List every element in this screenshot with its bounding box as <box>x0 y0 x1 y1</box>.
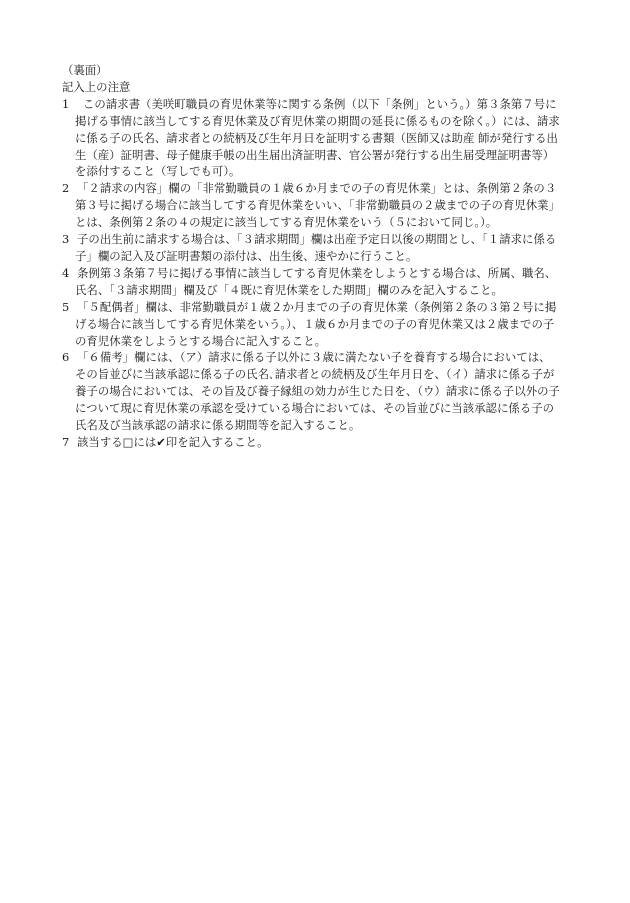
note-line: に係る子の氏名、請求者との続柄及び生年月日を証明する書類（医師又は助産 師が発行… <box>75 130 582 147</box>
note-number: 3 <box>62 231 74 248</box>
note-line: の育児休業をしようとする場合に記入すること。 <box>75 333 582 350</box>
note-item-1: 1 この請求書（美咲町職員の育児休業等に関する条例（以下「条例」という。）第３条… <box>62 96 582 181</box>
note-item-7: 7 該当する□には✔印を記入すること。 <box>62 434 582 451</box>
reverse-side-label: （裏面） <box>62 62 582 79</box>
note-number: 6 <box>62 349 74 366</box>
note-number: 2 <box>62 180 74 197</box>
note-line: その旨並びに当該承認に係る子の氏名､請求者との続柄及び生年月日を、（イ）請求に係… <box>75 366 582 383</box>
note-line: 「５配偶者」欄は、非常勤職員が１歳２か月までの子の育児休業（条例第２条の３第２号… <box>75 299 582 316</box>
note-line: この請求書（美咲町職員の育児休業等に関する条例（以下「条例」という。）第３条第７… <box>75 96 582 113</box>
note-line: 第３号に掲げる場合に該当してする育児休業をいい、「非常勤職員の２歳までの子の育児… <box>75 197 582 214</box>
note-number: 7 <box>62 434 74 451</box>
note-line: 「２請求の内容」欄の「非常勤職員の１歳６か月までの子の育児休業」とは、条例第２条… <box>75 180 582 197</box>
note-line: げる場合に該当してする育児休業をいう。）、１歳６か月までの子の育児休業又は２歳ま… <box>75 316 582 333</box>
note-line: 条例第３条第７号に掲げる事情に該当してする育児休業をしようとする場合は、所属、職… <box>75 265 582 282</box>
note-line: 該当する□には✔印を記入すること。 <box>75 434 582 451</box>
note-number: 5 <box>62 299 74 316</box>
notes-list: 1 この請求書（美咲町職員の育児休業等に関する条例（以下「条例」という。）第３条… <box>62 96 582 451</box>
note-line: 掲げる事情に該当してする育児休業及び育児休業の期間の延長に係るものを除く。）には… <box>75 113 582 130</box>
note-number: 1 <box>62 96 74 113</box>
note-line: を添付すること（写しでも可）。 <box>75 163 582 180</box>
note-item-4: 4 条例第３条第７号に掲げる事情に該当してする育児休業をしようとする場合は、所属… <box>62 265 582 299</box>
note-line: 氏名及び当該承認の請求に係る期間等を記入すること。 <box>75 417 582 434</box>
note-line: 養子の場合においては、その旨及び養子縁組の効力が生じた日を、（ウ）請求に係る子以… <box>75 383 582 400</box>
note-line: とは、条例第２条の４の規定に該当してする育児休業をいう（５において同じ。）。 <box>75 214 582 231</box>
note-item-6: 6 「６備考」欄には、（ア）請求に係る子以外に３歳に満たない子を養育する場合にお… <box>62 349 582 434</box>
note-item-2: 2 「２請求の内容」欄の「非常勤職員の１歳６か月までの子の育児休業」とは、条例第… <box>62 180 582 231</box>
page-heading: 記入上の注意 <box>62 79 582 96</box>
document-page: （裏面） 記入上の注意 1 この請求書（美咲町職員の育児休業等に関する条例（以下… <box>62 62 582 451</box>
note-line: について現に育児休業の承認を受けている場合においては、その旨並びに当該承認に係る… <box>75 400 582 417</box>
note-item-3: 3 子の出生前に請求する場合は、「３請求期間」欄は出産予定日以後の期間とし、「１… <box>62 231 582 265</box>
note-item-5: 5 「５配偶者」欄は、非常勤職員が１歳２か月までの子の育児休業（条例第２条の３第… <box>62 299 582 350</box>
note-line: 氏名、「３請求期間」欄及び「４既に育児休業をした期間」欄のみを記入すること。 <box>75 282 582 299</box>
note-line: 生（産）証明書、母子健康手帳の出生届出済証明書、官公署が発行する出生届受理証明書… <box>75 147 582 164</box>
note-line: 子の出生前に請求する場合は、「３請求期間」欄は出産予定日以後の期間とし、「１請求… <box>75 231 582 248</box>
note-line: 子」欄の記入及び証明書類の添付は、出生後、速やかに行うこと。 <box>75 248 582 265</box>
note-number: 4 <box>62 265 74 282</box>
note-line: 「６備考」欄には、（ア）請求に係る子以外に３歳に満たない子を養育する場合において… <box>75 349 582 366</box>
